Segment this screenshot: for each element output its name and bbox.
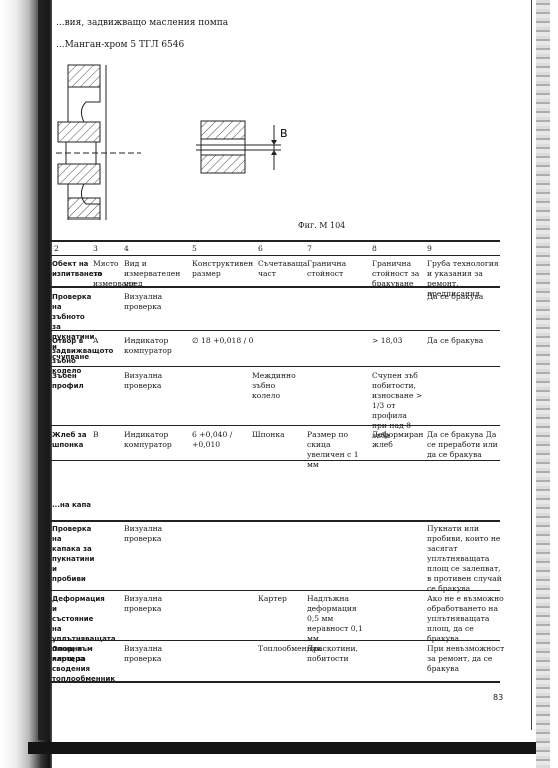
section-title: ...на капа bbox=[52, 500, 91, 510]
row-scrap-limit: > 18,03 bbox=[372, 336, 424, 346]
col-header: Място за измерване bbox=[93, 259, 123, 289]
scan-binding-shadow bbox=[38, 0, 50, 740]
row-size: 6 +0,040 / +0,010 bbox=[192, 430, 254, 450]
col-num: 6 bbox=[258, 244, 263, 254]
row-object: Зъбен профил bbox=[52, 371, 92, 391]
row-remarks: Да се бракува Да се преработи или да се … bbox=[427, 430, 507, 460]
row-instrument: Визуална проверка bbox=[124, 371, 184, 391]
dimension-label: B bbox=[280, 127, 288, 140]
row-object: Проверка на капака за пукнатини и пробив… bbox=[52, 524, 92, 584]
row-mating: Топлообменник bbox=[258, 644, 302, 654]
col-header: Съчетаваща част bbox=[258, 259, 302, 279]
table-rule bbox=[50, 240, 500, 242]
figure-caption: Фиг. М 104 bbox=[298, 221, 345, 230]
row-instrument: Визуална проверка bbox=[124, 292, 184, 312]
col-header: Гранична стойност bbox=[307, 259, 357, 279]
gear-drawing: B bbox=[56, 60, 296, 220]
col-header: Вид и измервателен уред bbox=[124, 259, 186, 289]
row-instrument: Визуална проверка bbox=[124, 524, 184, 544]
row-remarks: Да се бракува bbox=[427, 336, 507, 346]
col-num: 5 bbox=[192, 244, 197, 254]
row-remarks: Да се бракува bbox=[427, 292, 507, 302]
row-object: Жлеб за шпонка bbox=[52, 430, 92, 450]
row-remarks: Пукнати или пробиви, които не засягат уп… bbox=[427, 524, 507, 594]
page-number: 83 bbox=[493, 693, 503, 702]
row-instrument: Индикатор компуратор bbox=[124, 430, 184, 450]
header-line-1: ...вия, задвижващо масления помпа bbox=[56, 18, 228, 28]
row-mating: Картер bbox=[258, 594, 302, 604]
row-object: Опорна площ за сводения топлообменник bbox=[52, 644, 92, 684]
table-rule bbox=[50, 681, 500, 683]
row-place: A bbox=[93, 336, 98, 346]
col-num: 7 bbox=[307, 244, 312, 254]
col-header: Обект на изпитването bbox=[52, 259, 90, 279]
header-line-2: ...Манган-хром 5 ТГЛ 6546 bbox=[56, 40, 184, 50]
row-object: Отвор в задвижващото зъбно колело bbox=[52, 336, 92, 376]
table-rule bbox=[50, 520, 500, 522]
row-mating: Шпонка bbox=[252, 430, 296, 440]
scan-shadow-right bbox=[536, 0, 550, 768]
col-num: 4 bbox=[124, 244, 129, 254]
row-limit: Надлъжна деформация 0,5 мм неравност 0,1… bbox=[307, 594, 369, 644]
row-mating: Междинно зъбно колело bbox=[252, 371, 296, 401]
col-num: 8 bbox=[372, 244, 377, 254]
col-header: Конструктивен размер bbox=[192, 259, 254, 279]
col-num: 3 bbox=[93, 244, 98, 254]
row-instrument: Визуална проверка bbox=[124, 594, 184, 614]
row-remarks: При невъзможност за ремонт, да се бракув… bbox=[427, 644, 507, 674]
row-instrument: Индикатор компуратор bbox=[124, 336, 184, 356]
row-limit: Размер по скица увеличен с 1 мм bbox=[307, 430, 367, 470]
scan-shadow-bottom bbox=[28, 742, 536, 754]
row-size: ∅ 18 +0,018 / 0 bbox=[192, 336, 254, 346]
row-limit: Драскотини, побитости bbox=[307, 644, 367, 664]
col-num: 2 bbox=[54, 244, 59, 254]
table-rule bbox=[50, 425, 500, 426]
table-rule bbox=[50, 366, 500, 367]
row-remarks: Ако не е възможно обработването на уплът… bbox=[427, 594, 507, 644]
page-edge-line bbox=[531, 0, 532, 730]
row-instrument: Визуална проверка bbox=[124, 644, 184, 664]
row-scrap-limit: Деформиран жлеб bbox=[372, 430, 424, 450]
table-rule bbox=[50, 330, 500, 331]
table-rule bbox=[50, 255, 500, 256]
table-rule bbox=[50, 460, 500, 461]
row-place: B bbox=[93, 430, 99, 440]
col-num: 9 bbox=[427, 244, 432, 254]
col-header: Гранична стойност за бракуване bbox=[372, 259, 424, 289]
